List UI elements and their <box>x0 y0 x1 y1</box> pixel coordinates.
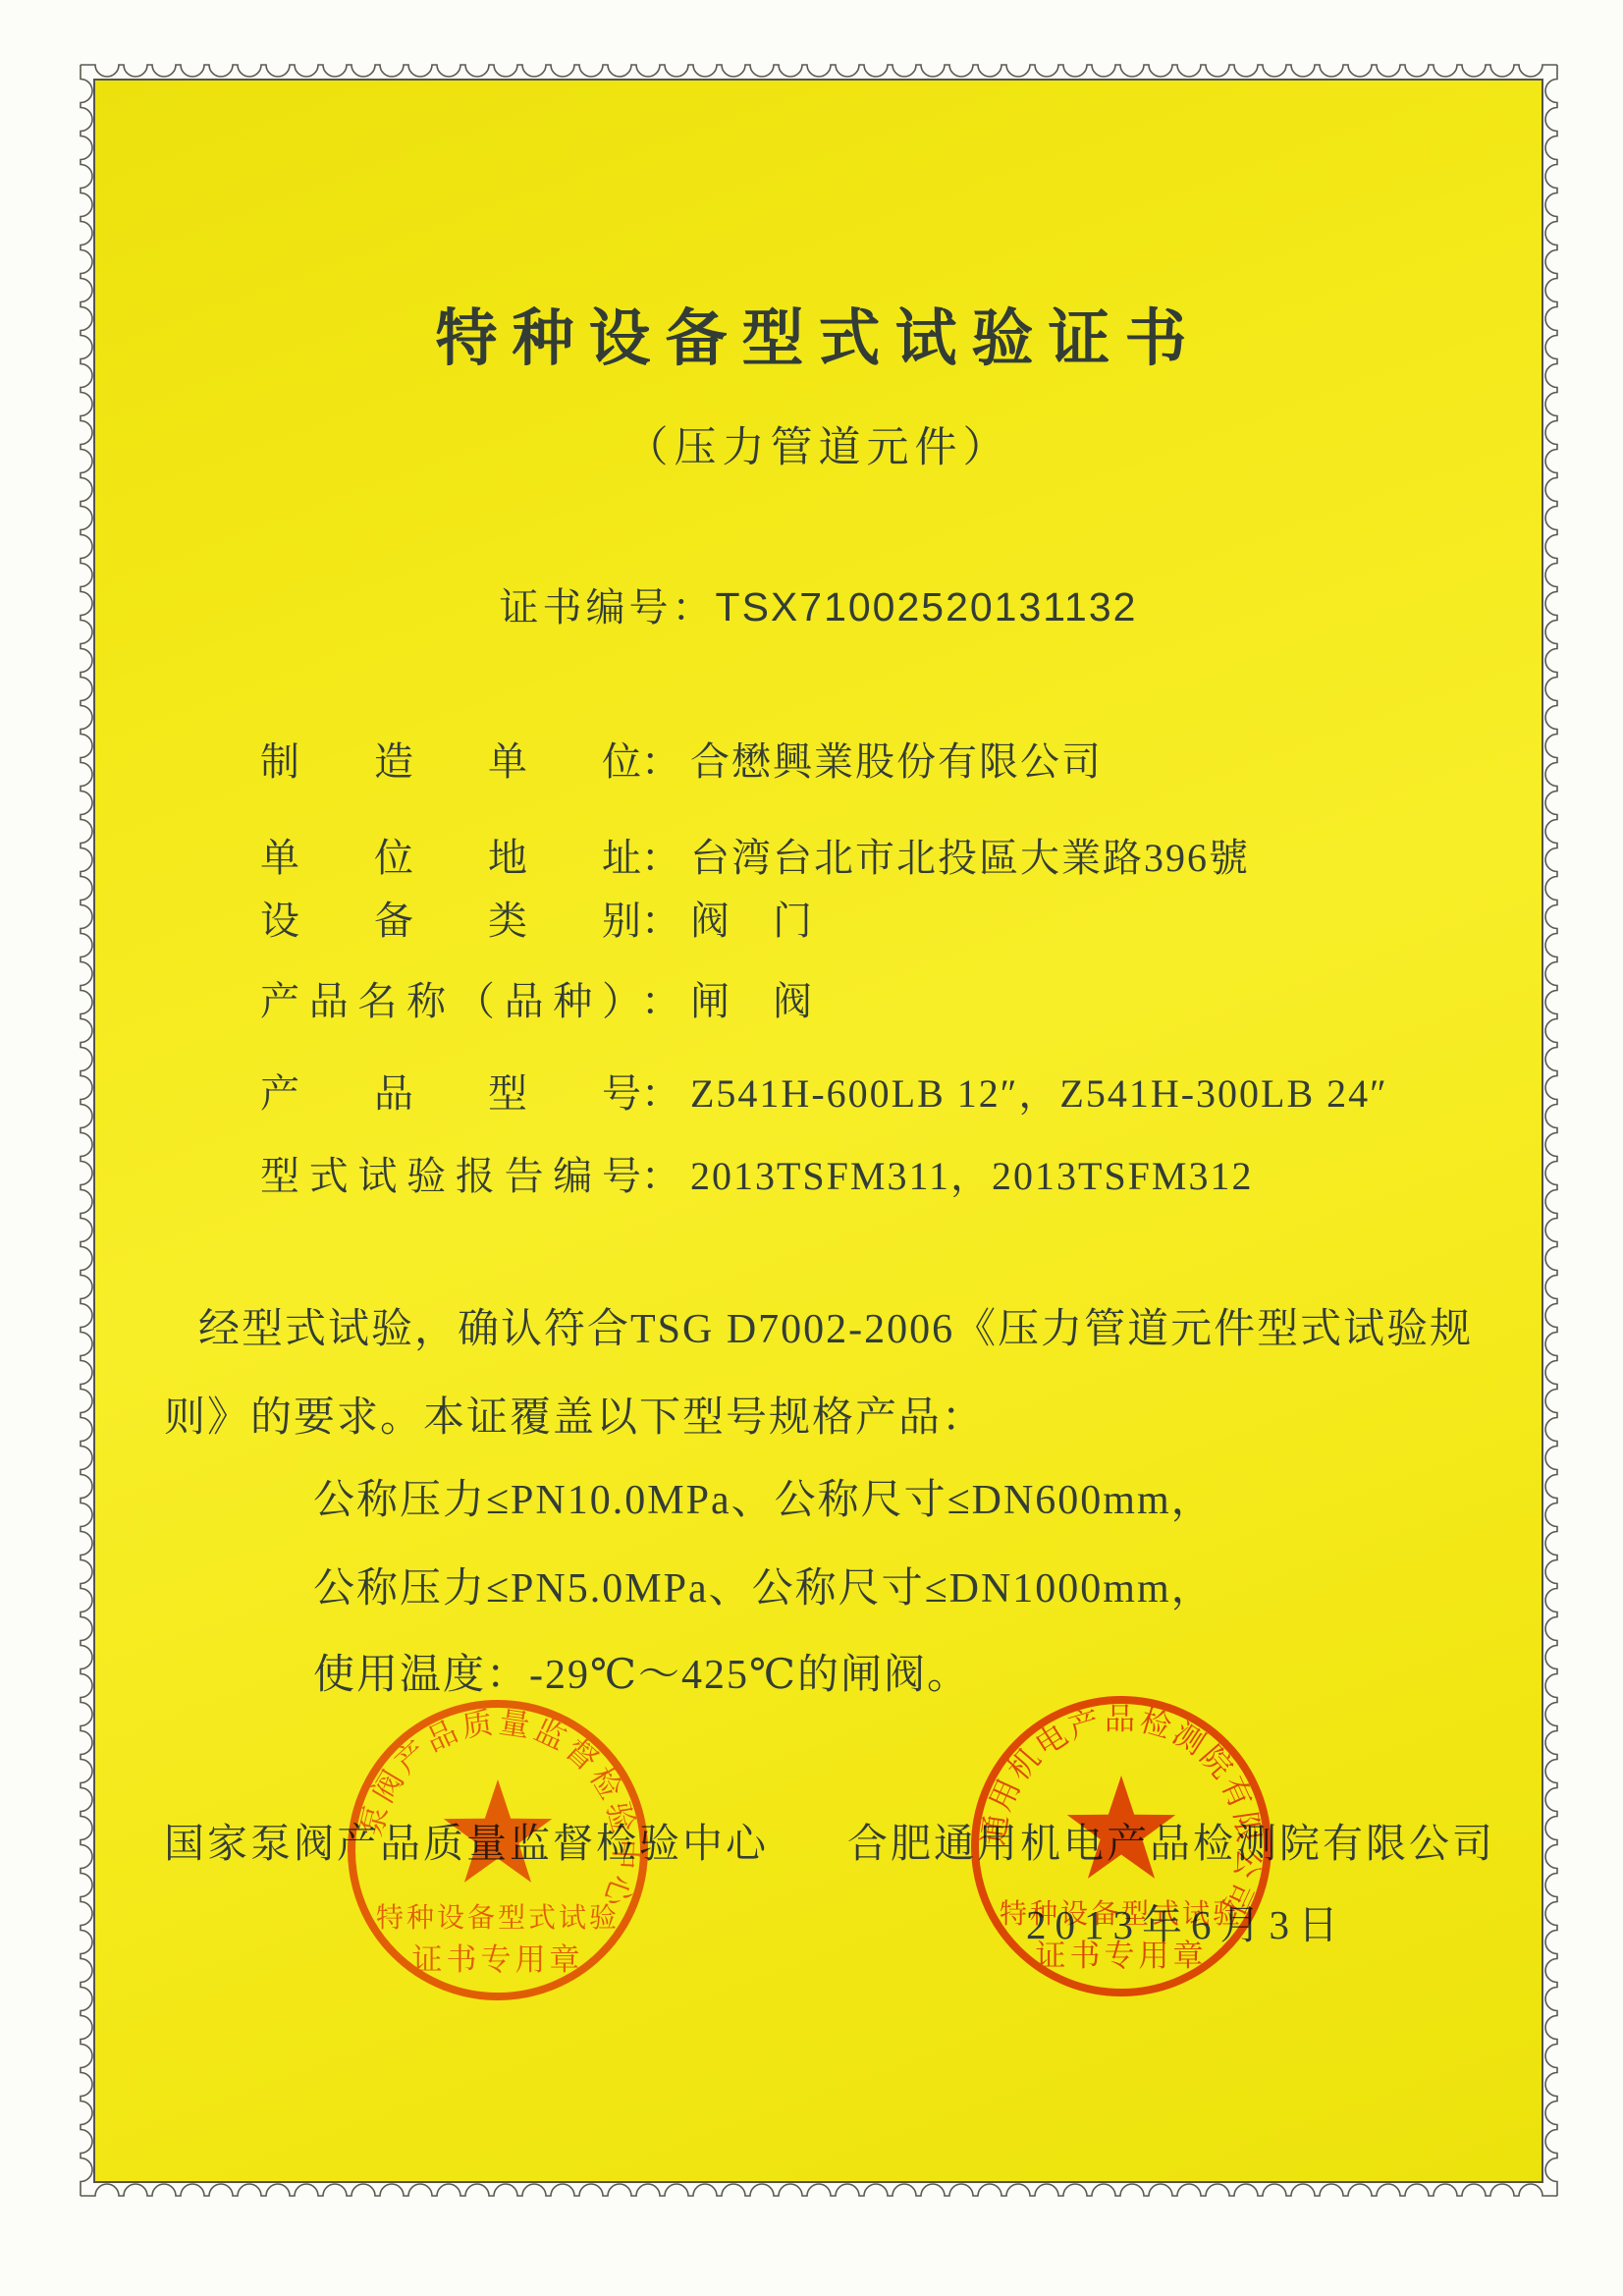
field-label: 产品名称（品种） <box>260 970 641 1026</box>
field-value: 台湾台北市北投區大業路396號 <box>680 836 1250 880</box>
certificate-sheet: 特种设备型式试验证书 （压力管道元件） 证书编号：TSX710025201311… <box>0 0 1623 2296</box>
body-text-line: 经型式试验，确认符合TSG D7002-2006《压力管道元件型式试验规 <box>198 1296 1473 1355</box>
field-value: 合懋興業股份有限公司 <box>680 739 1103 784</box>
field-label: 产品型号 <box>260 1063 641 1119</box>
star-icon <box>1067 1776 1175 1879</box>
field-row-product-model: 产品型号：Z541H-600LB 12″，Z541H-300LB 24″ <box>260 1063 1388 1119</box>
field-row-equipment-category: 设备类别：阀 门 <box>260 890 814 946</box>
field-value: 2013TSFM311，2013TSFM312 <box>680 1154 1254 1198</box>
field-row-product-name: 产品名称（品种）：闸 阀 <box>260 970 814 1026</box>
field-label: 制造单位 <box>260 731 641 787</box>
stamp-inner-text-line1: 特种设备型式试验 <box>376 1902 620 1934</box>
spec-line-pn10: 公称压力≤PN10.0MPa、公称尺寸≤DN600mm， <box>313 1467 1215 1526</box>
field-value: 闸 阀 <box>680 979 814 1023</box>
field-colon: ： <box>641 739 680 784</box>
page-subtitle: （压力管道元件） <box>95 414 1542 474</box>
field-colon: ： <box>641 1071 680 1116</box>
official-stamp-right: 合肥通用机电产品检测院有限公司 特种设备型式试验 证书专用章 <box>954 1679 1288 2013</box>
page-title: 特种设备型式试验证书 <box>95 289 1542 378</box>
certificate-number-line: 证书编号：TSX71002520131132 <box>95 576 1542 632</box>
perforation-edge-bottom <box>81 2184 1557 2196</box>
stamp-inner-text-line2: 证书专用章 <box>412 1942 584 1977</box>
field-label: 型式试验报告编号 <box>260 1145 641 1201</box>
field-value: Z541H-600LB 12″，Z541H-300LB 24″ <box>680 1071 1388 1116</box>
perforation-edge-top <box>81 65 1557 77</box>
star-icon <box>444 1779 552 1883</box>
spec-line-pn5: 公称压力≤PN5.0MPa、公称尺寸≤DN1000mm， <box>313 1556 1215 1614</box>
official-stamp-left: 国家泵阀产品质量监督检验中心 特种设备型式试验 证书专用章 <box>331 1683 665 2017</box>
certificate-number-value: TSX71002520131132 <box>716 584 1138 629</box>
field-row-address: 单位地址：台湾台北市北投區大業路396號 <box>260 827 1250 883</box>
stamp-inner-text-line2: 证书专用章 <box>1036 1939 1208 1973</box>
body-text-line: 则》的要求。本证覆盖以下型号规格产品： <box>164 1385 985 1444</box>
field-row-manufacturer: 制造单位：合懋興業股份有限公司 <box>260 731 1103 787</box>
stamp-inner-text-line1: 特种设备型式试验 <box>1000 1898 1243 1930</box>
field-colon: ： <box>641 836 680 880</box>
perforation-edge-left <box>81 65 92 2196</box>
field-colon: ： <box>641 899 680 943</box>
field-label: 设备类别 <box>260 890 641 946</box>
certificate-number-label: 证书编号： <box>500 585 716 629</box>
certificate-paper: 特种设备型式试验证书 （压力管道元件） 证书编号：TSX710025201311… <box>93 79 1543 2183</box>
field-colon: ： <box>641 1154 680 1198</box>
field-label: 单位地址 <box>260 827 641 883</box>
field-value: 阀 门 <box>680 899 814 943</box>
perforation-edge-right <box>1545 65 1557 2196</box>
field-row-test-report-number: 型式试验报告编号：2013TSFM311，2013TSFM312 <box>260 1145 1254 1201</box>
field-colon: ： <box>641 979 680 1023</box>
